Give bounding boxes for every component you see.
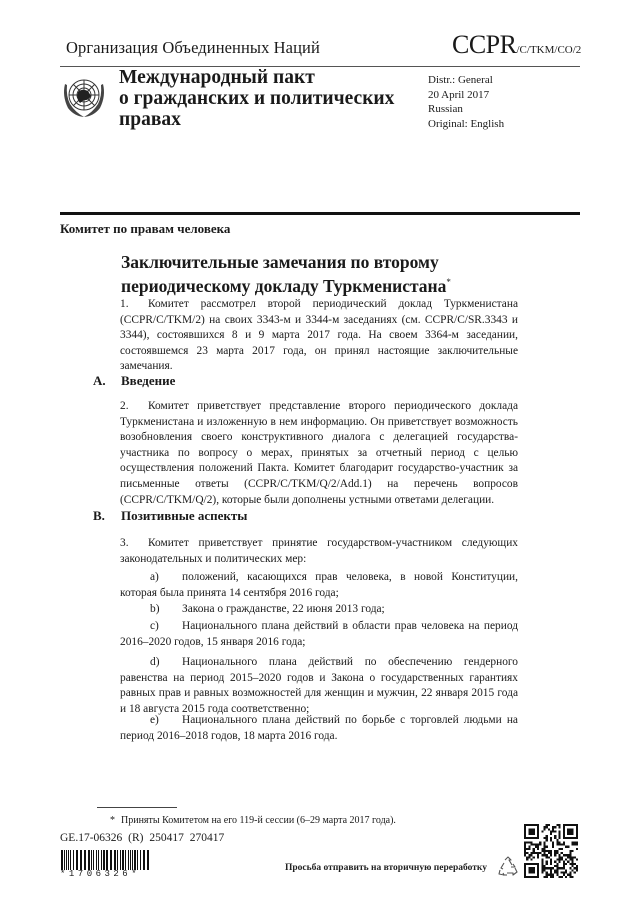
paragraph-number: 3. — [120, 536, 148, 552]
footnote-mark: * — [110, 815, 115, 826]
paragraph-text: Комитет приветствует представление второ… — [120, 400, 518, 506]
distribution-type: Distr.: General — [428, 73, 504, 88]
barcode-icon — [60, 850, 150, 870]
section-letter: B. — [93, 508, 105, 524]
symbol-main: CCPR — [452, 30, 517, 59]
job-number: GE.17-06326 (R) 250417 270417 — [60, 832, 224, 844]
original-language: Original: English — [428, 117, 504, 132]
paragraph-number: 1. — [120, 297, 148, 313]
distribution-block: Distr.: General 20 April 2017 Russian Or… — [428, 73, 504, 131]
section-title: Введение — [121, 373, 175, 389]
document-title-line: Заключительные замечания по второму — [121, 252, 451, 272]
document-symbol: CCPR/C/TKM/CO/2 — [452, 30, 581, 60]
document-language: Russian — [428, 102, 504, 117]
committee-name: Комитет по правам человека — [60, 221, 230, 237]
sub-item-c: c)Национального плана действий в области… — [120, 619, 518, 650]
paragraph-3: 3.Комитет приветствует принятие государс… — [120, 536, 518, 567]
paragraph-1: 1.Комитет рассмотрел второй периодически… — [120, 297, 518, 375]
sub-item-label: e) — [150, 713, 182, 729]
recycle-icon — [496, 855, 520, 879]
section-heading-introduction: A. Введение — [0, 373, 640, 389]
sub-item-label: c) — [150, 619, 182, 635]
section-heading-positive-aspects: B. Позитивные аспекты — [0, 508, 640, 524]
barcode-number: *1706326* — [60, 869, 140, 879]
section-letter: A. — [93, 373, 106, 389]
covenant-title-line: о гражданских и политических — [119, 88, 394, 109]
sub-item-text: Закона о гражданстве, 22 июня 2013 года; — [182, 603, 385, 615]
organization-name: Организация Объединенных Наций — [66, 38, 320, 58]
qr-code-icon — [524, 824, 578, 878]
footnote-rule — [97, 807, 177, 808]
covenant-title-line: правах — [119, 109, 394, 130]
sub-item-label: b) — [150, 602, 182, 618]
document-title: Заключительные замечания по второму пери… — [121, 252, 451, 296]
footnote-reference[interactable]: * — [446, 277, 451, 287]
section-title: Позитивные аспекты — [121, 508, 247, 524]
sub-item-label: a) — [150, 570, 182, 586]
sub-item-d: d)Национального плана действий по обеспе… — [120, 655, 518, 717]
footnote-text: Приняты Комитетом на его 119-й сессии (6… — [121, 815, 396, 826]
un-emblem-icon — [58, 70, 110, 122]
document-date: 20 April 2017 — [428, 88, 504, 103]
sub-item-b: b)Закона о гражданстве, 22 июня 2013 год… — [120, 602, 518, 618]
covenant-title-line: Международный пакт — [119, 67, 394, 88]
paragraph-text: Комитет рассмотрел второй периодический … — [120, 298, 518, 372]
paragraph-number: 2. — [120, 399, 148, 415]
sub-item-label: d) — [150, 655, 182, 671]
covenant-title: Международный пакт о гражданских и полит… — [119, 67, 394, 130]
recycle-notice: Просьба отправить на вторичную переработ… — [285, 863, 487, 873]
document-title-line: периодическому докладу Туркменистана — [121, 276, 446, 296]
sub-item-e: e)Национального плана действий по борьбе… — [120, 713, 518, 744]
paragraph-text: Комитет приветствует принятие государств… — [120, 537, 518, 565]
footnote: *Приняты Комитетом на его 119-й сессии (… — [110, 815, 396, 826]
paragraph-2: 2.Комитет приветствует представление вто… — [120, 399, 518, 508]
section-rule — [60, 212, 580, 215]
symbol-sub: /C/TKM/CO/2 — [517, 44, 582, 56]
sub-item-a: a)положений, касающихся прав человека, в… — [120, 570, 518, 601]
